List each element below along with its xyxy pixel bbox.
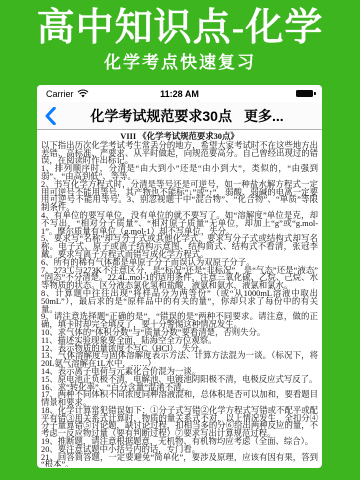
status-bar: Carrier 11:28 AM (37, 85, 322, 102)
marketing-banner: 高中知识点-化学 化学考点快速复习 (0, 0, 360, 85)
article-paragraph: 9、请注意选择题“正确的是”，“错误的是”两种不同要求。请注意，做的正确，填卡时… (41, 313, 318, 329)
nav-title-group: 化学考试规范要求30点 更多... (60, 106, 314, 126)
article-scroll-area[interactable]: VIII 《化学考试规范要求30点》 以下指出历次化学考试考生常丢分的地方，希望… (37, 130, 322, 467)
article-paragraph: 18、化学计算常犯错误如下：①分子式写错②化学方程式写错或不配平或配平有错③用关… (41, 407, 318, 438)
more-button[interactable]: 更多... (244, 106, 284, 126)
article-paragraph: 8、计算题中往往出现“将样品分为两等份”（或“从1000mL溶液中取出50mL”… (41, 290, 318, 313)
article-paragraph: 7、273℃与273K不注意区分，是“标况”还是“非标况”，是“气态”还是“液态… (41, 267, 318, 290)
status-left: Carrier (46, 89, 89, 99)
carrier-label: Carrier (46, 89, 74, 99)
battery-icon (296, 90, 313, 97)
article-paragraph: 以下指出历次化学考试考生常丢分的地方，希望大家考试时不在这些地方出差错、高标准、… (41, 142, 318, 165)
page-title: 化学考试规范要求30点 (90, 106, 232, 126)
app-subtitle: 化学考点快速复习 (0, 53, 360, 73)
article-paragraph: 2、书写化学方程式时，分清是等号还是可逆号，如一种盐水解方程式一定用可逆号不能用… (41, 181, 318, 212)
wifi-icon (77, 89, 89, 98)
back-button[interactable] (45, 105, 60, 127)
article-heading: VIII 《化学考试规范要求30点》 (41, 133, 318, 141)
status-right (296, 90, 313, 97)
article-paragraph: 4、有单位的要写单位，没有单位的就不要写了。如“溶解度”单位是克，却不写出，“相… (41, 212, 318, 235)
article-paragraph: 17、两种不同体积不同浓度同种溶液混和，总体积是否可以加和，要看题目情景和要求。 (41, 391, 318, 407)
article-paragraph: 21、回答简答题，一定要避免“简单化”，要涉及原理，应该有因有果，答到“根本”。 (41, 454, 318, 467)
article-paragraph: 13、气体溶解度与固体溶解度表示方法、计算方法混为一谈。（标况下，将20L氨气溶… (41, 352, 318, 368)
app-title: 高中知识点-化学 (0, 6, 360, 50)
app-store-screenshot: { "colors": { "brand_green": "#3cb51e", … (0, 0, 360, 480)
article-paragraph: 1、排列顺序时，分清是“由大到小”还是“由小到大”，类似的，“由强到弱”、“由高… (41, 165, 318, 181)
article-paragraph: 5、要求写“名称”却写分子式或其他化学式，要求写分子式或结构式却写名称。电子式、… (41, 235, 318, 258)
nav-bar: 化学考试规范要求30点 更多... (37, 102, 322, 130)
phone-screenshot: Carrier 11:28 AM 化学考试规范要求30点 (37, 85, 322, 468)
chevron-left-icon (45, 107, 56, 125)
